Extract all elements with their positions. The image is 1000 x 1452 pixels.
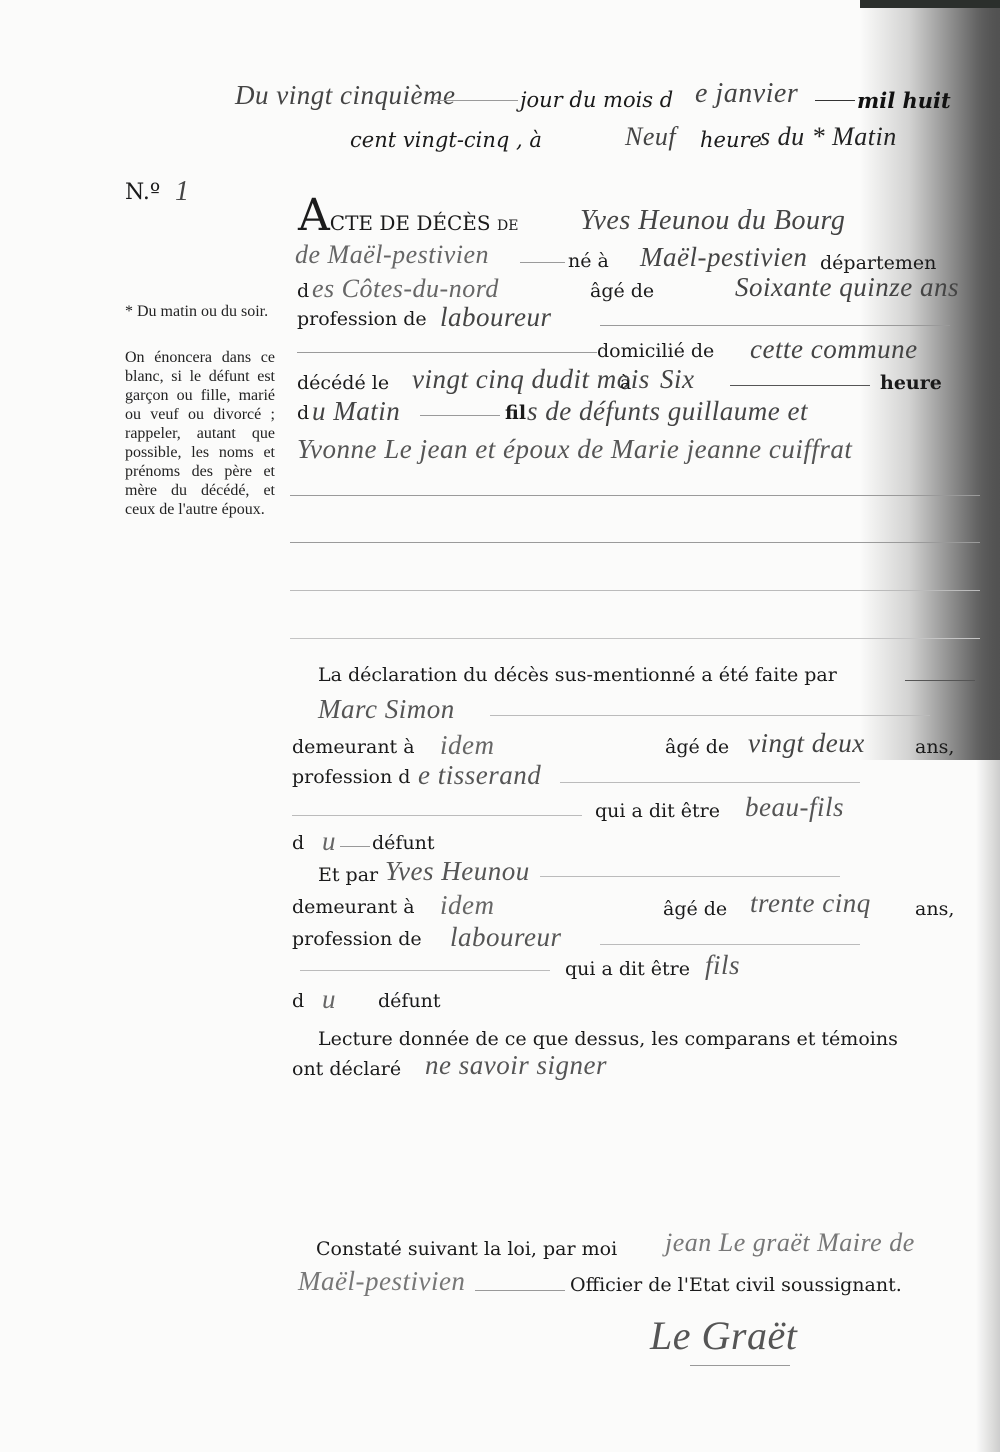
act-title: ACTE DE DÉCÈS de	[298, 190, 518, 241]
declarant2-name-handwritten: Yves Heunou	[385, 856, 530, 887]
declarant2-relation-label: qui a dit être	[565, 958, 690, 980]
margin-note-instructions: On énoncera dans ce blanc, si le défunt …	[125, 348, 275, 519]
declarant1-du-label: d	[292, 832, 304, 854]
declarant1-profession-handwritten: e tisserand	[418, 760, 541, 791]
birthplace-handwritten: Maël-pestivien	[640, 242, 807, 273]
declarant1-profession-label: profession d	[292, 766, 410, 788]
declarant1-name-handwritten: Marc Simon	[318, 694, 455, 725]
domicile-label: domicilié de	[597, 340, 714, 362]
record-number-label: N.º	[125, 180, 160, 205]
declarant2-relation-handwritten: fils	[705, 950, 740, 981]
margin-note-time: * Du matin ou du soir.	[125, 302, 275, 321]
declarant1-defunt-label: défunt	[372, 832, 435, 854]
born-label: né à	[568, 250, 609, 272]
date-label-cent-vingt-cinq: cent vingt-cinq , à	[350, 128, 542, 152]
died-at-label: à	[620, 372, 631, 394]
date-label-mil-huit: mil huit	[857, 88, 951, 113]
declarant2-du-label: d	[292, 990, 304, 1012]
declarant2-ans-label: ans,	[915, 898, 954, 920]
declarant1-du-handwritten: u	[322, 826, 336, 857]
declarant1-residence-handwritten: idem	[440, 730, 494, 761]
died-heure-label: heure	[880, 372, 942, 394]
act-title-initial: A	[298, 190, 330, 241]
died-label: décédé le	[297, 372, 389, 394]
parents-handwritten-1: s de défunts guillaume et	[527, 396, 808, 427]
declarant2-residence-label: demeurant à	[292, 896, 415, 918]
age-label: âgé de	[590, 280, 654, 302]
declarant1-relation-label: qui a dit être	[595, 800, 720, 822]
declarant1-age-handwritten: vingt deux	[748, 728, 865, 759]
declarant2-age-label: âgé de	[663, 898, 727, 920]
deceased-name-handwritten: Yves Heunou du Bourg	[580, 205, 845, 237]
declarant2-profession-handwritten: laboureur	[450, 922, 562, 953]
date-period-handwritten: s du * Matin	[760, 122, 897, 152]
declarant2-age-handwritten: trente cinq	[750, 888, 871, 919]
attestation-line-2: Officier de l'Etat civil soussignant.	[570, 1274, 902, 1296]
scan-top-band	[860, 0, 1000, 8]
declarant1-age-label: âgé de	[665, 736, 729, 758]
deceased-origin-handwritten: de Maël-pestivien	[295, 240, 489, 270]
lecture-line-2: ont déclaré	[292, 1058, 401, 1080]
officer-handwritten-1: jean Le graët Maire de	[665, 1228, 915, 1258]
civil-death-record-page: Du vingt cinquième jour du mois d e janv…	[0, 0, 1000, 1452]
lecture-line-1: Lecture donnée de ce que dessus, les com…	[318, 1028, 898, 1050]
department-label: départemen	[820, 252, 936, 274]
act-title-text: CTE DE DÉCÈS de	[330, 211, 519, 235]
officer-handwritten-2: Maël-pestivien	[298, 1266, 465, 1297]
attestation-line-1: Constaté suivant la loi, par moi	[316, 1238, 617, 1260]
department-prefix: d	[297, 280, 309, 302]
department-handwritten: es Côtes-du-nord	[312, 274, 499, 304]
period-handwritten: u Matin	[312, 396, 400, 427]
declarant2-et-par-label: Et par	[318, 864, 378, 886]
declarant2-defunt-label: défunt	[378, 990, 441, 1012]
declarant2-residence-handwritten: idem	[440, 890, 494, 921]
declaration-intro: La déclaration du décès sus-mentionné a …	[318, 664, 837, 686]
date-month-handwritten: e janvier	[695, 78, 798, 110]
lecture-handwritten: ne savoir signer	[425, 1050, 607, 1081]
period-prefix: d	[297, 402, 309, 424]
profession-handwritten: laboureur	[440, 302, 552, 333]
date-hour-handwritten: Neuf	[625, 122, 676, 152]
died-date-handwritten: vingt cinq dudit mois	[412, 364, 650, 395]
record-number-value: 1	[175, 176, 190, 208]
declarant2-profession-label: profession de	[292, 928, 422, 950]
scan-edge-shadow	[976, 0, 1000, 1452]
declarant1-residence-label: demeurant à	[292, 736, 415, 758]
age-handwritten: Soixante quinze ans	[735, 272, 959, 303]
fils-label: fil	[505, 402, 526, 424]
date-label-heure: heure	[700, 128, 762, 152]
domicile-handwritten: cette commune	[750, 334, 918, 365]
declarant2-du-handwritten: u	[322, 984, 336, 1015]
profession-label: profession de	[297, 308, 427, 330]
declarant1-ans-label: ans,	[915, 736, 954, 758]
date-day-handwritten: Du vingt cinquième	[235, 80, 455, 111]
parents-handwritten-2: Yvonne Le jean et époux de Marie jeanne …	[297, 434, 852, 465]
declarant1-relation-handwritten: beau-fils	[745, 792, 844, 823]
died-hour-handwritten: Six	[660, 364, 695, 395]
date-label-jour: jour du mois d	[520, 88, 673, 112]
officer-signature: Le Graët	[650, 1312, 797, 1359]
